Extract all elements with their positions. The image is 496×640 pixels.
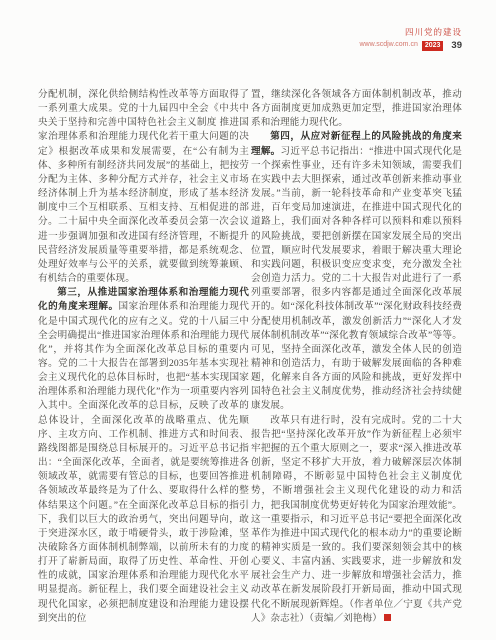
paragraph-continuation: 分配机制，深化供给侧结构性改革等方面取得了一系列重大成果。党的十九届四中全会《中… xyxy=(38,88,249,286)
paragraph-section-four: 第四，从应对新征程上的风险挑战的角度来理解。习近平总书记指出：“推进中国式现代化… xyxy=(251,130,462,413)
article-left-column: 分配机制，深化供给侧结构性改革等方面取得了一系列重大成果。党的十九届四中全会《中… xyxy=(38,88,249,626)
paragraph-text: 国家治理体系和治理能力现代化是中国式现代化的应有之义。党的十八届三中全会明确提出… xyxy=(38,301,249,623)
website-url: www.scdjw.com.cn xyxy=(359,41,417,50)
magazine-page: 四川党的建设 www.scdjw.com.cn 2023 39 分配机制，深化供… xyxy=(0,0,496,640)
paragraph-continuation: 置，继续深化各领域各方面体制机制改革，推动各方面制度更加成熟更加定型，推进国家治… xyxy=(251,88,462,130)
paragraph-text: 习近平总书记指出：“推进中国式现代化是一个探索性事业，还有许多未知领域，需要我们… xyxy=(251,146,462,412)
paragraph-closing: 改革只有进行时，没有完成时。党的二十大报告把“坚持深化改革开放”作为新征程上必须… xyxy=(251,414,462,626)
paragraph-text: 改革只有进行时，没有完成时。党的二十大报告把“坚持深化改革开放”作为新征程上必须… xyxy=(251,415,462,610)
year-badge: 2023 xyxy=(422,41,444,51)
paragraph-section-three: 第三，从推进国家治理体系和治理能力现代化的角度来理解。国家治理体系和治理能力现代… xyxy=(38,286,249,626)
paragraph-text: 分配机制，深化供给侧结构性改革等方面取得了一系列重大成果。党的十九届四中全会《中… xyxy=(38,89,249,284)
page-header: 四川党的建设 www.scdjw.com.cn 2023 39 xyxy=(359,27,462,52)
header-meta-row: www.scdjw.com.cn 2023 39 xyxy=(359,40,462,52)
paragraph-text: 置，继续深化各领域各方面体制机制改革，推动各方面制度更加成熟更加定型，推进国家治… xyxy=(251,89,462,128)
page-number: 39 xyxy=(451,40,462,52)
article-end-icon xyxy=(384,614,391,621)
article-right-column: 置，继续深化各领域各方面体制机制改革，推动各方面制度更加成熟更加定型，推进国家治… xyxy=(251,88,462,626)
magazine-title: 四川党的建设 xyxy=(359,27,462,38)
